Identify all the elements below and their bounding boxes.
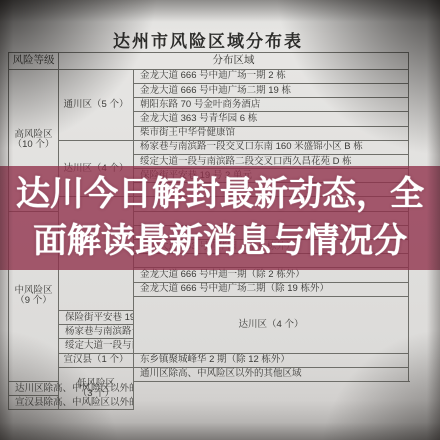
address-cell: 绥定大道一段与南滨路二段交叉口久昌花苑（除 D 栋外） xyxy=(59,339,134,353)
headline-overlay-banner: 达川今日解封最新动态，全 面解读最新消息与情况分 xyxy=(0,166,440,270)
address-cell: 东乡镇聚城峰华 2 期（除 12 栋外） xyxy=(134,353,409,367)
header-cell-risk-level: 风险等级 xyxy=(9,53,59,70)
table-row: 达川区除高、中风险区以外的其他区域 xyxy=(9,381,409,395)
table-row: 低风险区 （3 个） 通川区除高、中风险区以外的其他区域 xyxy=(9,367,409,381)
district-cell-dachuan-mid: 达川区（4 个） xyxy=(134,296,409,353)
address-cell: 通川区除高、中风险区以外的其他区域 xyxy=(134,367,409,381)
address-cell: 金龙大道 666 号中迪广场二期 19 栋 xyxy=(134,83,409,97)
table-row: 宣汉县除高、中风险区以外的其他区域 xyxy=(9,396,409,410)
address-cell: 金龙大道 363 号青华园 6 栋 xyxy=(134,112,409,126)
page-title: 达州市风险区域分布表 xyxy=(8,27,408,52)
address-cell: 金龙大道 666 号中迪一期（除 2 栋外） xyxy=(134,268,409,282)
address-cell: 达川区除高、中风险区以外的其他区域 xyxy=(9,381,134,395)
district-cell-xuanhan: 宣汉县（1 个） xyxy=(59,353,134,367)
address-cell: 金龙大道 666 号中迪广场一期 2 栋 xyxy=(134,69,409,83)
address-cell: 杨家巷与南滨路一段交叉口东南 160 米盛锦小区 B 栋 xyxy=(134,140,409,154)
risk-level-count: （10 个） xyxy=(9,140,58,150)
address-cell: 杨家巷与南滨路一段交叉口东南 160 米盛锦小区（除 B 栋外） xyxy=(59,325,134,339)
address-cell: 金龙大道 666 号中迪广场二期（除 19 栋外） xyxy=(134,282,409,296)
address-cell: 柴市街王中华骨健康馆 xyxy=(134,126,409,140)
district-cell-tongchuan: 通川区（5 个） xyxy=(59,69,134,140)
table-header-row: 风险等级 分布区域 xyxy=(9,53,409,70)
risk-level-count: （9 个） xyxy=(9,296,58,306)
header-cell-area: 分布区域 xyxy=(59,53,409,70)
address-cell: 保险街平安巷 19 号（除 2 单元外） xyxy=(59,310,134,324)
address-cell: 朝阳东路 70 号金叶商务酒店 xyxy=(134,98,409,112)
headline-line-1: 达川今日解封最新动态，全 xyxy=(0,171,440,218)
table-row: 达川区（4 个） 杨家巷与南滨路一段交叉口东南 160 米盛锦小区 B 栋 xyxy=(9,140,409,154)
table-row: 宣汉县（1 个） 东乡镇聚城峰华 2 期（除 12 栋外） xyxy=(9,353,409,367)
table-row: 高风险区 （10 个） 通川区（5 个） 金龙大道 666 号中迪广场一期 2 … xyxy=(9,69,409,83)
headline-line-2: 面解读最新消息与情况分 xyxy=(0,218,440,265)
address-cell: 宣汉县除高、中风险区以外的其他区域 xyxy=(9,396,134,410)
